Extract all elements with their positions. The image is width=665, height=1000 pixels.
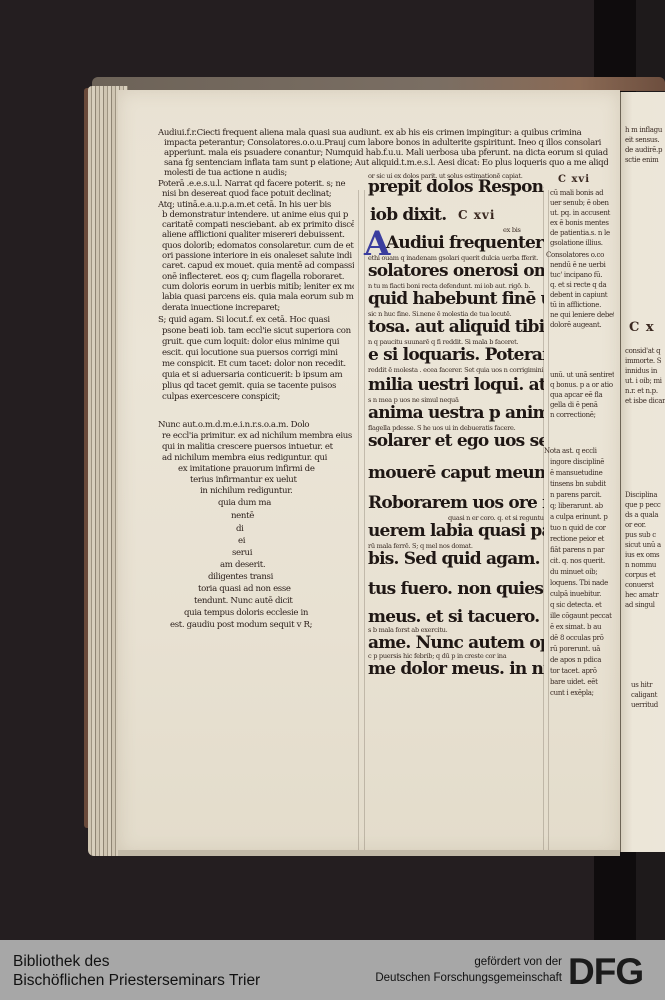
gloss-line: Disciplina <box>625 490 665 501</box>
gloss-line: qua apcar eē fla <box>550 390 614 401</box>
gloss-line: rectione peior et <box>550 534 614 546</box>
book-top-edge <box>92 77 665 91</box>
gloss-line: hec amatr <box>625 590 665 601</box>
gloss-line: ē mansuetudine <box>550 468 614 480</box>
gloss-line: et isbe dicar <box>625 396 665 407</box>
gloss-line: nentē <box>231 511 271 521</box>
gloss-line: qui in malitia crescere puersos intuetur… <box>162 442 354 452</box>
library-credit: Bibliothek des Bischöflichen Priestersem… <box>13 953 260 990</box>
manuscript-page: Audiui.f.r.Ciecti frequent aliena mala q… <box>118 90 620 854</box>
gloss-line: quos dolorib; edomatos consolaretur. cum… <box>162 241 354 251</box>
gloss-line: impacta peterantur; Consolatores.o.o.u.P… <box>164 138 608 148</box>
gloss-line: ad nichilum membra eius rediguntur. qui <box>162 453 354 463</box>
gloss-line: de apos n pdica <box>550 655 614 667</box>
gloss-line: me conspicit. Et cum tacet: dolor non re… <box>162 359 354 369</box>
gloss-line: a culpa erinunt. p <box>550 512 614 524</box>
main-text-line: quid habebunt finē uba uen <box>368 286 544 312</box>
gloss-line: onē inflecteret. eos q; cum flagella rob… <box>162 272 354 282</box>
gloss-line: toria quasi ad non esse <box>198 584 318 594</box>
gloss-line: ds a quala <box>625 510 665 521</box>
gloss-line: sicut unū a <box>625 540 665 551</box>
main-text-line: Roborarem uos ore meo. et mo <box>368 490 544 516</box>
main-text-line: Audiui frequenter talia. Con <box>386 230 544 256</box>
gloss-line: cum doloris eorum in uerbis mitib; lenit… <box>162 282 354 292</box>
facing-page: h m inflagu eit sensus. de audirē.p scti… <box>620 92 665 852</box>
gloss-line: gruit. que cum loquit: dolor eius minime… <box>162 337 354 347</box>
gloss-line: serui <box>232 548 272 558</box>
gloss-line: ex imitatione prauorum infirmi de <box>178 464 348 474</box>
main-text-line: anima uestra p anima mea. Con <box>368 400 544 426</box>
main-text-line: e si loquaris. Poteram et ego si <box>368 342 544 368</box>
main-text-line: prepit dolos Respondens aut <box>368 174 544 200</box>
gloss-line: quia et si aduersaria conticuerit: b ips… <box>162 370 354 380</box>
gloss-line: sana fg sentenciam inflata tam sunt p el… <box>164 158 608 168</box>
gloss-line: gsolatione illius. <box>550 238 614 249</box>
gloss-line: S; quid agam. Si locut.f. ex cetā. Hoc q… <box>158 315 354 325</box>
gloss-line: tuc' incipano fū. <box>550 270 614 281</box>
gloss-line: n correctionē; <box>550 410 614 421</box>
gloss-line: re eccl'ia primitur. ex ad nichilum memb… <box>162 431 354 441</box>
gloss-line: n.r. et n.p. <box>625 386 665 397</box>
gloss-line: in nichilum rediguntur. <box>200 486 330 496</box>
gloss-line: ei <box>238 536 268 546</box>
gloss-line: conuerst <box>625 580 665 591</box>
main-text-line: uerem labia quasi parcens uo <box>368 518 544 544</box>
gloss-line: q. et si recte q da <box>550 280 614 291</box>
main-text-line: tosa. aut aliquid tibi molesti <box>368 314 544 340</box>
gloss-line: consid'at q <box>625 346 665 357</box>
gloss-line: or eor. <box>625 520 665 531</box>
gloss-line: est. gaudiu post modum sequit v R; <box>170 620 350 630</box>
main-text-line: me dolor meus. in nichilum re <box>368 656 544 682</box>
scan-viewer: Audiui.f.r.Ciecti frequent aliena mala q… <box>0 0 665 940</box>
gloss-line: ad singul <box>625 600 665 611</box>
gloss-line: du minuet oib; <box>550 567 614 579</box>
gloss-line: immorte. S <box>625 356 665 367</box>
funding-line-2: Deutschen Forschungsgemeinschaft <box>375 971 562 987</box>
main-text-line: bis. Sed quid agam. Si locu <box>368 546 544 572</box>
gloss-line: tū in afflictione. <box>550 300 614 311</box>
column-ruling <box>358 190 359 850</box>
gloss-line: bare uidet. eēt <box>550 677 614 689</box>
gloss-line: uerritud <box>631 700 665 711</box>
gloss-line: ingore disciplinē <box>550 457 614 469</box>
gloss-line: cunt i exēpla; <box>550 688 614 700</box>
gloss-line: h m inflagu <box>625 125 665 136</box>
page-bottom-edge <box>118 850 620 856</box>
gloss-line: cū mali bonis ad <box>550 188 614 199</box>
gloss-line: dolorē augeant. <box>550 320 614 331</box>
gloss-line: ius ex oms <box>625 550 665 561</box>
gloss-line: uer senub; ē oben <box>550 198 614 209</box>
gloss-line: Consolatores o.co <box>546 250 614 261</box>
gloss-line: ori passione interiore in eis onaleset s… <box>162 251 354 261</box>
gloss-line: ille cōgaunt peccat <box>550 611 614 623</box>
gloss-line: escit. qui locutione sua puersos corrigi… <box>162 348 354 358</box>
gloss-line: q; liberarunt. ab <box>550 501 614 513</box>
gloss-line: Nunc aut.o.m.d.m.e.i.n.r.s.o.a.m. Dolo <box>158 420 354 430</box>
funding-credit: gefördert von der Deutschen Forschungsge… <box>375 955 562 986</box>
funding-line-1: gefördert von der <box>375 955 562 971</box>
gloss-line: terius infirmantur ex uelut <box>190 475 340 485</box>
gloss-line: diligentes transi <box>208 572 308 582</box>
column-ruling <box>548 190 549 850</box>
gloss-line: Nota ast. q eccli <box>544 446 614 458</box>
gloss-line: ut. pq. in accusent <box>550 208 614 219</box>
gloss-line: nisi bn desereat quod face potuit declin… <box>162 189 354 199</box>
gloss-line: caligant <box>631 690 665 701</box>
gloss-line: innidus in <box>625 366 665 377</box>
gloss-line: gella di ē penā <box>550 400 614 411</box>
dfg-logo: DFG <box>568 953 643 990</box>
gloss-line: psone beati iob. tam eccl'ie sicut super… <box>162 326 354 336</box>
gloss-line: ē ex simat. b au <box>550 622 614 634</box>
gloss-line: debent in capiunt <box>550 290 614 301</box>
gloss-line: plius qd tacet gemit. quia se tacente pu… <box>162 381 354 391</box>
gloss-line: de patientia.s. n le <box>550 228 614 239</box>
gloss-line: culpā inuebitur. <box>550 589 614 601</box>
gloss-line: tuo n quid de cor <box>550 523 614 535</box>
gloss-line: eit sensus. <box>625 135 665 146</box>
main-text-line: mouerē caput meum sup uos. <box>368 460 544 486</box>
gloss-line: Poterā .e.e.s.u.l. Narrat qd facere pote… <box>158 179 354 189</box>
gloss-line: di <box>236 524 266 534</box>
gloss-line: aliene afflictioni qualiter misereri deb… <box>162 230 354 240</box>
main-text-line: solatores onerosi omnes uos. Nu <box>368 258 544 284</box>
gloss-line: de audirē.p <box>625 145 665 156</box>
gloss-line: loquens. Tbi nade <box>550 578 614 590</box>
library-name-line-2: Bischöflichen Priesterseminars Trier <box>13 972 260 991</box>
gloss-line: b demonstratur intendere. ut anime eius … <box>162 210 354 220</box>
gloss-line: nendū ē ne uerbi <box>550 260 614 271</box>
gloss-line: tendunt. Nunc autē dicit <box>194 596 324 606</box>
gloss-line: apperiunt. mala eis psuadere conantur; N… <box>164 148 608 158</box>
gloss-line: ne qui leniere debet <box>550 310 614 321</box>
gloss-line: molesti de tua actione n audis; <box>164 168 358 178</box>
gloss-line: corpus et <box>625 570 665 581</box>
gloss-line: q bonus. p a or atio <box>550 380 614 391</box>
main-text-line: tus fuero. non quiescet dolor <box>368 576 544 602</box>
gloss-line: ex ē bonis mentes <box>550 218 614 229</box>
gloss-line: que p pecc <box>625 500 665 511</box>
gloss-line: tinsens bn subdit <box>550 479 614 491</box>
gloss-line: quia dum ma <box>218 498 298 508</box>
gloss-line: fiāt parens n par <box>550 545 614 557</box>
gloss-line: sctie enim <box>625 155 665 166</box>
chapter-heading: C xvi <box>458 208 528 222</box>
main-text-line: solarer et ego uos sermonib;. <box>368 428 544 454</box>
gloss-line: pus sub c <box>625 530 665 541</box>
gloss-line: us hitr <box>631 680 665 691</box>
gloss-line: ut. i oib; mi <box>625 376 665 387</box>
gloss-line: n nommu <box>625 560 665 571</box>
gloss-line: caritatē compati nesciebant. ab ex primi… <box>162 220 354 230</box>
gloss-line: Atq; utinā.e.a.u.p.a.m.et cetā. In his u… <box>158 200 354 210</box>
gloss-line: dē 8 occulas prō <box>550 633 614 645</box>
gloss-line: tor tacet. aprō <box>550 666 614 678</box>
gloss-line: Audiui.f.r.Ciecti frequent aliena mala q… <box>158 128 608 138</box>
gloss-line: labia quasi parcens eis. quia mala eorum… <box>162 292 354 302</box>
gloss-line: quia tempus doloris ecclesie in <box>184 608 334 618</box>
gloss-line: q sic detecta. et <box>550 600 614 612</box>
institution-footer: Bibliothek des Bischöflichen Priestersem… <box>0 940 665 1000</box>
gloss-line: rū porerunt. uā <box>550 644 614 656</box>
gloss-line: caret. capud ex mouet. quia mentē ad com… <box>162 261 354 271</box>
gloss-line: unū. ut unā sentiretis <box>550 370 614 381</box>
gloss-line: culpas exercescere conspicit; <box>162 392 354 402</box>
gloss-line: am deserit. <box>220 560 290 570</box>
column-ruling <box>364 190 365 850</box>
gloss-line: derata inuectione increparet; <box>162 303 354 313</box>
main-text-line: milia uestri loqui. atq; utinā eet <box>368 372 544 398</box>
gloss-line: cit. q. nos querit. <box>550 556 614 568</box>
gloss-line: n parens parcit. <box>550 490 614 502</box>
chapter-heading-facing: C x <box>629 320 665 335</box>
chapter-heading-marginal: C xvi <box>558 174 608 185</box>
library-name-line-1: Bibliothek des <box>13 953 260 972</box>
